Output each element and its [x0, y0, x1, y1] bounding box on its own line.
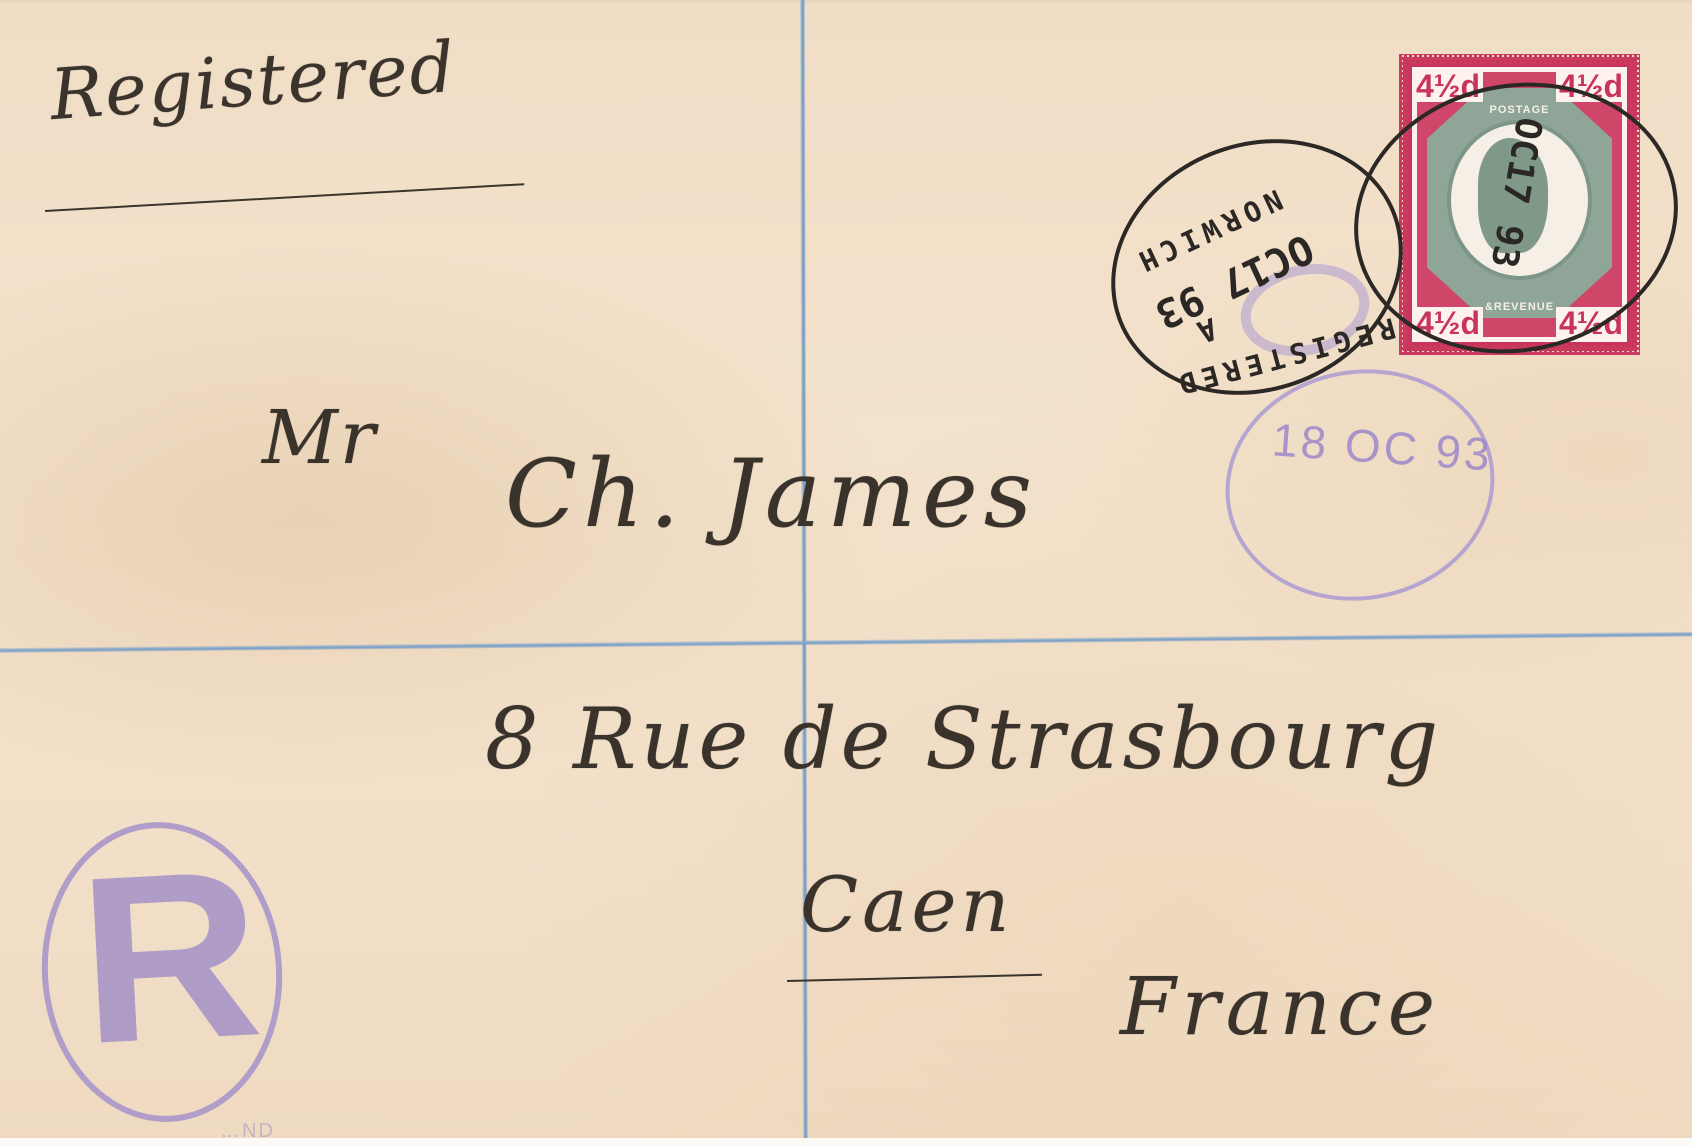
city: Caen	[800, 860, 1013, 949]
salutation: Mr	[262, 395, 377, 481]
country: France	[1120, 960, 1441, 1053]
recipient-name: Ch. James	[505, 440, 1038, 549]
blue-crayon-horizontal-line	[0, 632, 1692, 653]
blue-crayon-vertical-line	[800, 0, 808, 1146]
envelope: Registered Mr Ch. James 8 Rue de Strasbo…	[0, 0, 1692, 1146]
street-address: 8 Rue de Strasbourg	[485, 690, 1442, 788]
envelope-bottom-edge	[0, 1138, 1692, 1146]
registered-endorsement: Registered	[48, 26, 459, 136]
city-underline	[787, 974, 1042, 982]
registration-r-letter: R	[74, 834, 267, 1081]
endorsement-underline	[45, 183, 524, 212]
envelope-top-edge	[0, 0, 1692, 5]
